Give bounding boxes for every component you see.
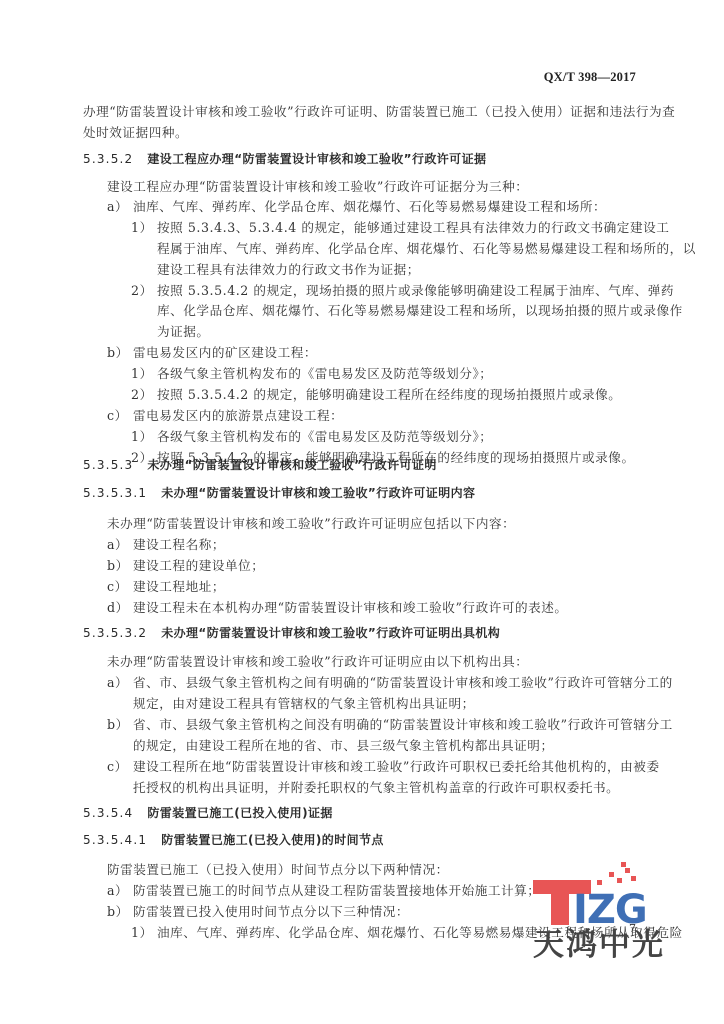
logo-letters: IZG — [573, 890, 647, 930]
logo-pixel-dot — [625, 868, 630, 873]
list-item-a: a）建设工程名称； — [107, 537, 225, 552]
logo-pixel-dot — [617, 878, 622, 883]
intro-line-2: 处时效证据四种。 — [83, 125, 188, 140]
logo-pixel-dot — [631, 876, 636, 881]
list-item-b-cont: 的规定，由建设工程所在地的省、市、县三级气象主管机构都出具证明； — [133, 738, 554, 753]
paragraph-lead: 未办理“防雷装置设计审核和竣工验收”行政许可证明应包括以下内容： — [107, 516, 515, 531]
list-item-c: c）建设工程所在地“防雷装置设计审核和竣工验收”行政许可职权已委托给其他机构的，… — [107, 759, 660, 774]
sublist-item-1-cont: 程属于油库、气库、弹药库、化学品仓库、烟花爆竹、石化等易燃易爆建设工程和场所的，… — [157, 241, 696, 256]
logo-chinese-name: 天鸿中光 — [533, 928, 665, 962]
list-item-a: a）省、市、县级气象主管机构之间有明确的“防雷装置设计审核和竣工验收”行政许可管… — [107, 675, 673, 690]
logo-pixel-dot — [621, 862, 626, 867]
section-heading-5354: 5.3.5.4防雷装置已施工(已投入使用)证据 — [83, 806, 333, 821]
sublist-item-2-cont: 库、化学品仓库、烟花爆竹、石化等易燃易爆建设工程和场所，以现场拍摄的照片或录像作 — [157, 303, 683, 318]
section-heading-53531: 5.3.5.3.1未办理“防雷装置设计审核和竣工验收”行政许可证明内容 — [83, 486, 475, 501]
watermark-logo: IZG 天鸿中光 — [533, 862, 678, 962]
sublist-item-1: 1）各级气象主管机构发布的《雷电易发区及防范等级划分》； — [131, 366, 492, 381]
standard-code: QX/T 398—2017 — [544, 70, 636, 85]
list-item-c: c）雷电易发区内的旅游景点建设工程： — [107, 408, 343, 423]
list-item-b: b）雷电易发区内的矿区建设工程： — [107, 345, 317, 360]
sublist-item-1-cont: 建设工程具有法律效力的行政文书作为证据； — [157, 262, 420, 277]
paragraph-lead: 防雷装置已施工（已投入使用）时间节点分以下两种情况： — [107, 862, 449, 877]
sublist-item-1: 1）各级气象主管机构发布的《雷电易发区及防范等级划分》； — [131, 429, 492, 444]
section-heading-53541: 5.3.5.4.1防雷装置已施工(已投入使用)的时间节点 — [83, 833, 384, 848]
logo-t-stem — [551, 880, 569, 925]
paragraph-lead: 未办理“防雷装置设计审核和竣工验收”行政许可证明应由以下机构出具： — [107, 654, 528, 669]
list-item-d: d）建设工程未在本机构办理“防雷装置设计审核和竣工验收”行政许可的表述。 — [107, 600, 568, 615]
list-item-b: b）省、市、县级气象主管机构之间没有明确的“防雷装置设计审核和竣工验收”行政许可… — [107, 717, 673, 732]
sublist-item-1: 1）按照 5.3.4.3、5.3.4.4 的规定，能够通过建设工程具有法律效力的… — [131, 220, 669, 235]
intro-line-1: 办理“防雷装置设计审核和竣工验收”行政许可证明、防雷装置已施工（已投入使用）证据… — [83, 104, 675, 119]
list-item-b: b）建设工程的建设单位； — [107, 558, 264, 573]
logo-pixel-dot — [609, 872, 614, 877]
sublist-item-2: 2）按照 5.3.5.4.2 的规定，能够明确建设工程所在经纬度的现场拍摄照片或… — [131, 387, 621, 402]
section-number: 5.3.5.2 — [83, 152, 133, 166]
list-item-b: b）防雷装置已投入使用时间节点分以下三种情况： — [107, 904, 409, 919]
section-heading-5353: 5.3.5.3未办理“防雷装置设计审核和竣工验收”行政许可证明 — [83, 458, 437, 473]
list-item-a: a）防雷装置已施工的时间节点从建设工程防雷装置接地体开始施工计算； — [107, 883, 540, 898]
paragraph-lead: 建设工程应办理“防雷装置设计审核和竣工验收”行政许可证据分为三种： — [107, 179, 528, 194]
sublist-item-2: 2）按照 5.3.5.4.2 的规定，现场拍摄的照片或录像能够明确建设工程属于油… — [131, 283, 674, 298]
section-heading-53532: 5.3.5.3.2未办理“防雷装置设计审核和竣工验收”行政许可证明出具机构 — [83, 626, 500, 641]
list-item-c: c）建设工程地址； — [107, 579, 225, 594]
document-page: QX/T 398—2017 办理“防雷装置设计审核和竣工验收”行政许可证明、防雷… — [0, 0, 724, 1024]
list-item-a: a）油库、气库、弹药库、化学品仓库、烟花爆竹、石化等易燃易爆建设工程和场所： — [107, 199, 606, 214]
list-item-a-cont: 规定，由对建设工程具有管辖权的气象主管机构出具证明； — [133, 696, 475, 711]
sublist-item-2-cont: 为证据。 — [157, 324, 210, 339]
logo-pixel-dot — [597, 880, 602, 885]
section-heading-5352: 5.3.5.2建设工程应办理“防雷装置设计审核和竣工验收”行政许可证据 — [83, 152, 486, 167]
section-title: 建设工程应办理“防雷装置设计审核和竣工验收”行政许可证据 — [147, 152, 486, 166]
list-item-c-cont: 托授权的机构出具证明，并附委托职权的气象主管机构盖章的行政许可职权委托书。 — [133, 780, 619, 795]
